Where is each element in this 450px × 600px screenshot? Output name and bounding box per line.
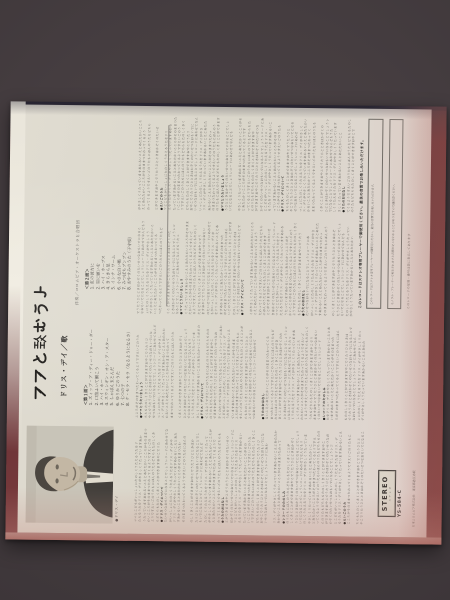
album-title-art: [30, 283, 50, 400]
catalog-number: YS-584-C: [398, 489, 403, 517]
liner-notes-column-2: こころがそのままつたわってくるようですえいごのうた●ママとうたいましょうちらもた…: [135, 324, 368, 421]
tracklist-side-a: ＜第１面＞ 1. ズィップ・ア・ディー・ドゥー・ダー2. 口笛ふいて働こう3. …: [83, 295, 132, 406]
track-item: 8. ケ・セラ・セラ（なるようになるさ）: [125, 296, 132, 406]
stereo-badge-sub: ステレオ: [389, 485, 392, 501]
portrait-art: [26, 426, 114, 524]
liner-notes-column-1: ママとこどもがいっしょにたのしくうたえるうたをドたえるうたをドリス・デイがやさし…: [134, 428, 367, 525]
notice-heading: このレコードはステレオ専用プレーヤーで御使用ください。最良の音質でお楽しみいただ…: [358, 117, 365, 309]
album-title-text: ママと歌おうよ: [17, 531, 18, 532]
track-item: 8. おやすみのうた（子守唄）: [127, 180, 134, 290]
liner-notes-column-4: がやさしくうたっていますあかるいこえとあたたかいこころえとあたたかいこころがその…: [137, 116, 357, 213]
photo-caption: ●ドリス・デイ: [115, 495, 120, 522]
liner-notes-label: ●ドリス・デイ: [17, 104, 431, 537]
artist-line: ドリス・デイ／歌: [59, 335, 70, 398]
company-line: 日本コロムビア株式会社 東京都港区赤坂: [412, 397, 418, 527]
side-a-items: 1. ズィップ・ア・ディー・ドゥー・ダー2. 口笛ふいて働こう3. ハイ・ホー4…: [88, 295, 132, 406]
record-sleeve-back: ●ドリス・デイ: [5, 101, 446, 544]
price-note: このレコードの定価・番号は袋に表示してあります: [406, 119, 412, 309]
liner-notes-column-3: でうたうひとときはかぞくのたいせつなおもいでになるこなおもいでになることでしょう…: [136, 220, 356, 317]
tracklist-side-b: ＜第２面＞ 1. 虹の彼方に2. 星に願いを3. ハイ・ホープス4. きらきら星…: [84, 179, 133, 290]
cover-rotated-content: ●ドリス・デイ: [17, 104, 431, 537]
credit-line: 伴奏／コロムビア・オーケストラと合唱団: [74, 220, 81, 305]
playback-notice-box: このレコードはステレオ専用プレーヤーで御使用ください。最良の音質でお楽しみいただ…: [366, 119, 383, 309]
artist-portrait-photo: [26, 426, 114, 524]
stereo-badge: STEREO ステレオ: [378, 470, 397, 517]
mono-notice-box: モノラル・プレーヤーで再生されますと音質がそこなわれることがありますので御注意く…: [387, 119, 403, 309]
side-b-items: 1. 虹の彼方に2. 星に願いを3. ハイ・ホープス4. きらきら星5. インチ…: [90, 179, 134, 290]
